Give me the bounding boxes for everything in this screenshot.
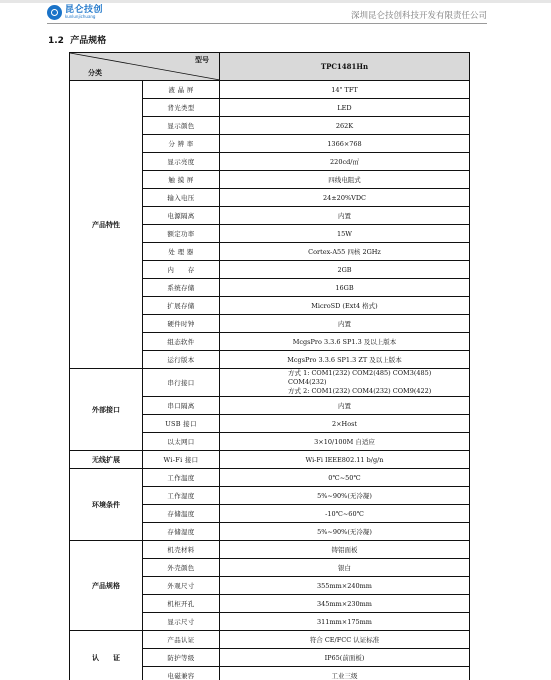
- spec-label: 电磁兼容: [143, 667, 220, 680]
- spec-value: 方式 1: COM1(232) COM2(485) COM3(485) COM4…: [220, 369, 470, 397]
- spec-label: 防护等级: [143, 649, 220, 667]
- section-title-text: 产品规格: [70, 36, 106, 46]
- table-row: 无线扩展 Wi-Fi 接口 Wi-Fi IEEE802.11 b/g/n: [70, 451, 470, 469]
- spec-label: USB 接口: [143, 415, 220, 433]
- spec-label: 机壳材料: [143, 541, 220, 559]
- table-header-row: 型号 分类 TPC1481Hn: [70, 53, 470, 81]
- spec-label: 扩展存储: [143, 297, 220, 315]
- spec-label: 液 晶 屏: [143, 81, 220, 99]
- spec-value: 0℃~50℃: [220, 469, 470, 487]
- company-name: 深圳昆仑技创科技开发有限责任公司: [351, 9, 487, 21]
- spec-value: 1366×768: [220, 135, 470, 153]
- category-cell: 产品特性: [70, 81, 143, 369]
- serial-mode-1: 方式 1: COM1(232) COM2(485) COM3(485) COM4…: [288, 369, 469, 387]
- spec-label: 显示亮度: [143, 153, 220, 171]
- category-cell: 产品规格: [70, 541, 143, 631]
- spec-label: 工作湿度: [143, 487, 220, 505]
- page-header: 昆仑技创 kunlunjichuang 深圳昆仑技创科技开发有限责任公司: [47, 3, 487, 24]
- spec-label: 电源隔离: [143, 207, 220, 225]
- spec-label: 组态软件: [143, 333, 220, 351]
- spec-value: 14" TFT: [220, 81, 470, 99]
- model-header-label: 型号: [195, 55, 209, 65]
- spec-value: 银白: [220, 559, 470, 577]
- spec-label: 内 存: [143, 261, 220, 279]
- spec-value: Cortex-A55 四核 2GHz: [220, 243, 470, 261]
- spec-value: 内置: [220, 315, 470, 333]
- spec-value: 四线电阻式: [220, 171, 470, 189]
- spec-value: 铸铝面板: [220, 541, 470, 559]
- category-cell: 无线扩展: [70, 451, 143, 469]
- spec-label: 串口隔离: [143, 397, 220, 415]
- category-cell: 认 证: [70, 631, 143, 680]
- spec-value: 工业三级: [220, 667, 470, 680]
- spec-label: 触 摸 屏: [143, 171, 220, 189]
- spec-value: 2×Host: [220, 415, 470, 433]
- table-row: 环境条件 工作温度 0℃~50℃: [70, 469, 470, 487]
- spec-value: 内置: [220, 207, 470, 225]
- spec-value: 2GB: [220, 261, 470, 279]
- serial-mode-2: 方式 2: COM1(232) COM4(232) COM9(422): [288, 387, 469, 396]
- spec-label: 运行版本: [143, 351, 220, 369]
- spec-label: 外观尺寸: [143, 577, 220, 595]
- spec-table: 型号 分类 TPC1481Hn 产品特性 液 晶 屏 14" TFT 背光类型L…: [69, 52, 470, 680]
- spec-label: 机柜开孔: [143, 595, 220, 613]
- spec-value: 15W: [220, 225, 470, 243]
- spec-value: 3×10/100M 自适应: [220, 433, 470, 451]
- spec-label: 存储湿度: [143, 523, 220, 541]
- spec-value: LED: [220, 99, 470, 117]
- spec-value: 220cd/㎡: [220, 153, 470, 171]
- spec-value: Wi-Fi IEEE802.11 b/g/n: [220, 451, 470, 469]
- spec-value: 5%~90%(无冷凝): [220, 523, 470, 541]
- company-logo: 昆仑技创 kunlunjichuang: [47, 5, 103, 20]
- spec-label: 额定功率: [143, 225, 220, 243]
- spec-label: 产品认证: [143, 631, 220, 649]
- spec-label: 输入电压: [143, 189, 220, 207]
- spec-label: 显示颜色: [143, 117, 220, 135]
- category-header-label: 分类: [88, 68, 102, 78]
- table-row: 产品规格 机壳材料 铸铝面板: [70, 541, 470, 559]
- spec-label: 串行接口: [143, 369, 220, 397]
- spec-value: McgsPro 3.3.6 SP1.3 ZT 及以上版本: [220, 351, 470, 369]
- diagonal-header-cell: 型号 分类: [70, 53, 220, 81]
- logo-icon: [47, 5, 62, 20]
- spec-value: -10℃~60℃: [220, 505, 470, 523]
- spec-label: 以太网口: [143, 433, 220, 451]
- spec-label: 工作温度: [143, 469, 220, 487]
- logo-en-text: kunlunjichuang: [65, 15, 103, 19]
- spec-value: 262K: [220, 117, 470, 135]
- spec-label: 分 辨 率: [143, 135, 220, 153]
- spec-label: 系统存储: [143, 279, 220, 297]
- category-cell: 环境条件: [70, 469, 143, 541]
- spec-value: 311mm×175mm: [220, 613, 470, 631]
- spec-value: 16GB: [220, 279, 470, 297]
- table-row: 认 证 产品认证 符合 CE/FCC 认证标准: [70, 631, 470, 649]
- spec-label: 外壳颜色: [143, 559, 220, 577]
- spec-value: 24±20%VDC: [220, 189, 470, 207]
- spec-label: 背光类型: [143, 99, 220, 117]
- spec-value: 内置: [220, 397, 470, 415]
- spec-label: 显示尺寸: [143, 613, 220, 631]
- spec-label: 存储温度: [143, 505, 220, 523]
- spec-value: 355mm×240mm: [220, 577, 470, 595]
- spec-value: 符合 CE/FCC 认证标准: [220, 631, 470, 649]
- table-row: 产品特性 液 晶 屏 14" TFT: [70, 81, 470, 99]
- spec-value: 345mm×230mm: [220, 595, 470, 613]
- spec-label: 硬件时钟: [143, 315, 220, 333]
- spec-value: MicroSD (Ext4 格式): [220, 297, 470, 315]
- category-cell: 外部接口: [70, 369, 143, 451]
- table-row: 外部接口 串行接口 方式 1: COM1(232) COM2(485) COM3…: [70, 369, 470, 397]
- model-value: TPC1481Hn: [220, 53, 470, 81]
- section-title: 1.2 产品规格: [48, 33, 106, 46]
- spec-value: IP65(前面板): [220, 649, 470, 667]
- spec-value: 5%~90%(无冷凝): [220, 487, 470, 505]
- spec-label: Wi-Fi 接口: [143, 451, 220, 469]
- spec-label: 处 理 器: [143, 243, 220, 261]
- section-number: 1.2: [48, 36, 64, 46]
- spec-value: McgsPro 3.3.6 SP1.3 及以上版本: [220, 333, 470, 351]
